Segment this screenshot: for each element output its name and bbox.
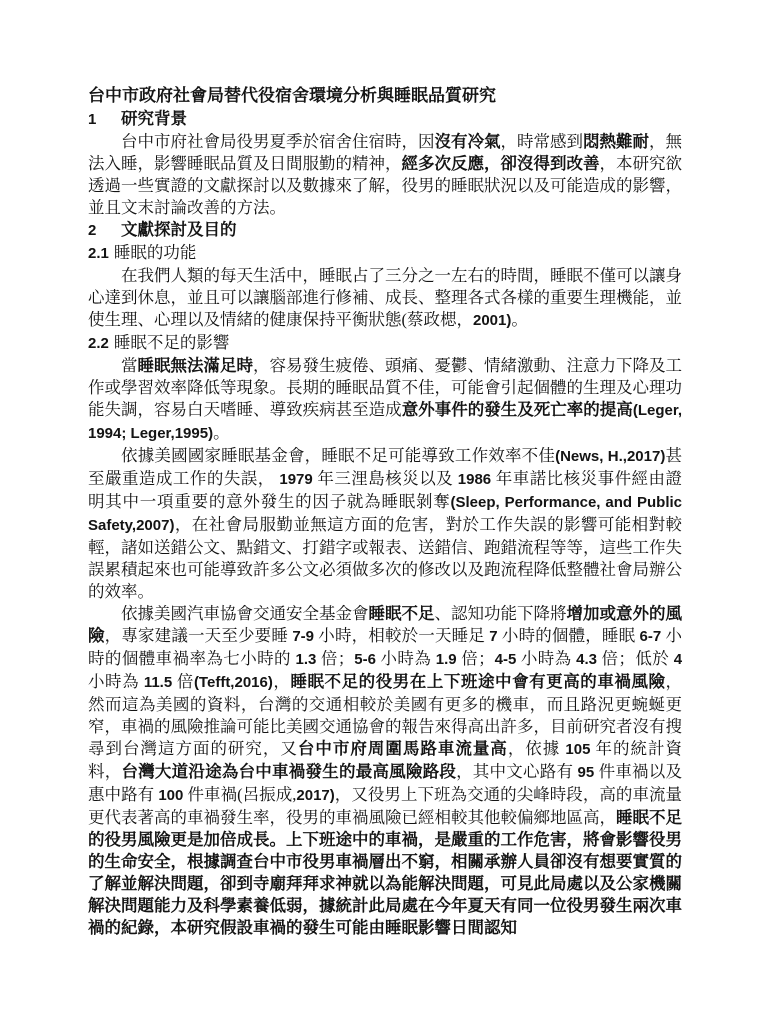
latin-text-segment: 2017) — [296, 787, 334, 804]
text-segment: 依據美國汽車協會交通安全基金會 — [121, 604, 369, 623]
text-segment: ，在社會局服勤並無這方面的危害，對於工作失誤的影響可能相對較輕，諸如送錯公文、點… — [88, 515, 682, 601]
latin-text-segment: 4.3 — [576, 651, 597, 668]
latin-text-segment: 6-7 — [640, 628, 662, 645]
text-segment: 台中市府社會局役男夏季於宿舍住宿時，因 — [121, 132, 435, 151]
text-segment: 年三浬島核災以及 — [313, 469, 458, 488]
text-segment: 倍； — [316, 649, 354, 668]
bold-text-segment: 台灣大道沿途為台中車禍發生的最高風險路段 — [121, 762, 456, 781]
heading-text: 研究背景 — [121, 109, 187, 128]
text-segment: 、認知功能下降將 — [435, 604, 567, 623]
latin-text-segment: 11.5 — [144, 674, 172, 691]
bold-text-segment: 意外事件的發生及死亡率的提高 — [402, 400, 633, 419]
latin-text-segment: 1.3 — [295, 651, 316, 668]
latin-text-segment: 100 — [158, 787, 183, 804]
latin-text-segment: (Tefft,2016) — [194, 674, 273, 691]
text-segment: 依據美國國家睡眠基金會，睡眠不足可能導致工作效率不佳 — [121, 446, 555, 465]
text-segment: 小時，相較於一天睡足 — [314, 626, 489, 645]
text-segment: ，時常感到 — [501, 132, 584, 151]
latin-text-segment: (News, H.,2017) — [555, 448, 665, 465]
text-segment: 小時為 — [516, 649, 576, 668]
text-segment: 倍； — [457, 649, 495, 668]
latin-text-segment: 1979 — [279, 471, 312, 488]
heading-number: 2 — [88, 220, 121, 242]
heading-text: 睡眠的功能 — [114, 243, 197, 262]
text-segment: ，其中文心路有 — [456, 762, 577, 781]
bold-text-segment: 睡眠不足的役男風險更是加倍成長。上下班途中的車禍，是嚴重的工作危害，將會影響役男… — [88, 808, 682, 937]
latin-text-segment: 7-9 — [292, 628, 314, 645]
paragraph: 當睡眠無法滿足時，容易發生疲倦、頭痛、憂鬱、情緒激動、注意力下降及工作或學習效率… — [88, 355, 682, 445]
text-segment: 倍 — [172, 672, 194, 691]
heading-text: 睡眠不足的影響 — [114, 333, 230, 352]
paragraph: 依據美國汽車協會交通安全基金會睡眠不足、認知功能下降將增加或意外的風險，專家建議… — [88, 603, 682, 939]
text-segment: ， — [273, 672, 291, 691]
bold-text-segment: 沒有冷氣 — [435, 132, 501, 151]
heading-number: 2.1 — [88, 245, 109, 262]
heading-number: 1 — [88, 109, 121, 131]
latin-text-segment: 2001) — [473, 312, 511, 329]
subsection-heading: 2.1睡眠的功能 — [88, 242, 682, 265]
text-segment: ，專家建議一天至少要睡 — [105, 626, 293, 645]
document-page: 台中市政府社會局替代役宿舍環境分析與睡眠品質研究 1研究背景台中市府社會局役男夏… — [88, 84, 682, 939]
latin-text-segment: 5-6 — [354, 651, 376, 668]
text-segment: 件車禍(呂振成, — [183, 785, 296, 804]
subsection-heading: 2.2睡眠不足的影響 — [88, 332, 682, 355]
bold-text-segment: 悶熱難耐 — [583, 132, 649, 151]
text-segment: 小時為 — [88, 672, 144, 691]
bold-text-segment: 睡眠不足 — [369, 604, 435, 623]
bold-text-segment: 經多次反應，卻沒得到改善 — [402, 154, 600, 173]
bold-text-segment: 台中市府周圍馬路車流量高 — [298, 739, 508, 758]
text-segment: ，依據 — [508, 739, 566, 758]
latin-text-segment: 1986 — [458, 471, 491, 488]
section-heading: 1研究背景 — [88, 108, 682, 131]
paragraph: 依據美國國家睡眠基金會，睡眠不足可能導致工作效率不佳(News, H.,2017… — [88, 445, 682, 603]
heading-text: 文獻探討及目的 — [121, 220, 237, 239]
latin-text-segment: 1.9 — [436, 651, 457, 668]
text-segment: 當 — [121, 356, 138, 375]
latin-text-segment: 7 — [489, 628, 497, 645]
latin-text-segment: 95 — [578, 764, 595, 781]
text-segment: 倍；低於 — [597, 649, 674, 668]
document-body: 1研究背景台中市府社會局役男夏季於宿舍住宿時，因沒有冷氣，時常感到悶熱難耐，無法… — [88, 108, 682, 939]
text-segment: 小時的個體，睡眠 — [498, 626, 640, 645]
heading-number: 2.2 — [88, 335, 109, 352]
latin-text-segment: 105 — [565, 741, 590, 758]
bold-text-segment: 睡眠無法滿足時 — [138, 356, 254, 375]
text-segment: 。 — [511, 310, 528, 329]
document-title: 台中市政府社會局替代役宿舍環境分析與睡眠品質研究 — [88, 84, 682, 108]
text-segment: 。 — [213, 423, 230, 442]
section-heading: 2文獻探討及目的 — [88, 219, 682, 242]
paragraph: 台中市府社會局役男夏季於宿舍住宿時，因沒有冷氣，時常感到悶熱難耐，無法入睡，影響… — [88, 131, 682, 219]
text-segment: 小時為 — [376, 649, 436, 668]
latin-text-segment: 4-5 — [495, 651, 517, 668]
text-segment: 在我們人類的每天生活中，睡眠占了三分之一左右的時間，睡眠不僅可以讓身心達到休息，… — [88, 266, 682, 329]
bold-text-segment: 睡眠不足的役男在上下班途中會有更高的車禍風險 — [290, 672, 665, 691]
paragraph: 在我們人類的每天生活中，睡眠占了三分之一左右的時間，睡眠不僅可以讓身心達到休息，… — [88, 265, 682, 332]
latin-text-segment: 4 — [674, 651, 682, 668]
